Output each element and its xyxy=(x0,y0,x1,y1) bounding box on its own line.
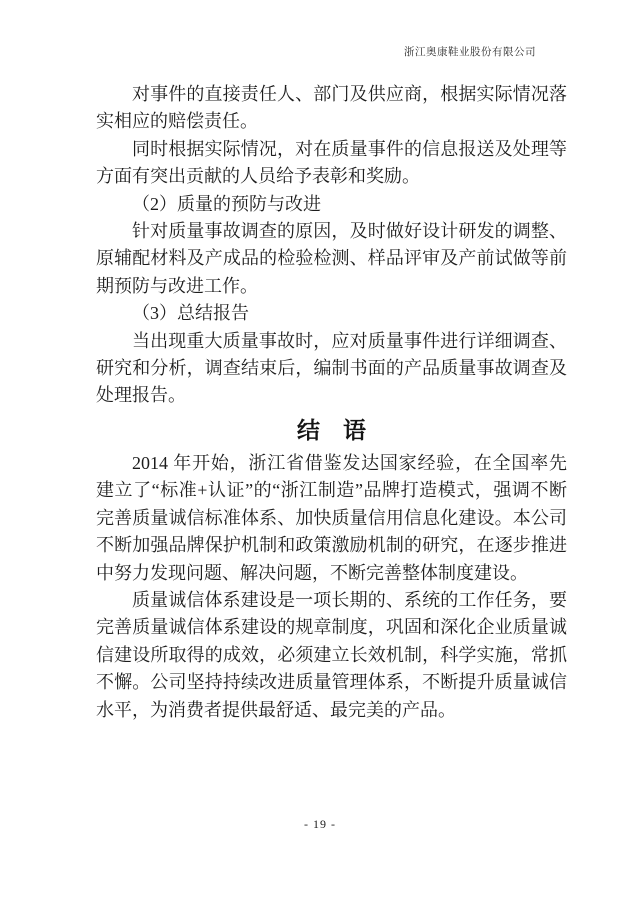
paragraph-zhejiang-model: 2014 年开始，浙江省借鉴发达国家经验，在全国率先建立了“标准+认证”的“浙江… xyxy=(96,450,567,587)
page-number: - 19 - xyxy=(0,817,640,832)
list-item-quality-prevention: （2）质量的预防与改进 xyxy=(96,191,567,218)
paragraph-integrity-system: 质量诚信体系建设是一项长期的、系统的工作任务，要完善质量诚信体系建设的规章制度，… xyxy=(96,587,567,724)
paragraph-incident-report: 当出现重大质量事故时，应对质量事件进行详细调查、研究和分析，调查结束后，编制书面… xyxy=(96,328,567,410)
paragraph-compensation: 对事件的直接责任人、部门及供应商，根据实际情况落实相应的赔偿责任。 xyxy=(96,81,567,136)
document-body: 对事件的直接责任人、部门及供应商，根据实际情况落实相应的赔偿责任。 同时根据实际… xyxy=(96,81,567,724)
paragraph-prevention-improvement: 针对质量事故调查的原因，及时做好设计研发的调整、原辅配材料及产成品的检验检测、样… xyxy=(96,218,567,300)
document-page: 浙江奥康鞋业股份有限公司 对事件的直接责任人、部门及供应商，根据实际情况落实相应… xyxy=(0,0,640,905)
list-item-summary-report: （3）总结报告 xyxy=(96,300,567,327)
paragraph-commendation: 同时根据实际情况，对在质量事件的信息报送及处理等方面有突出贡献的人员给予表彰和奖… xyxy=(96,136,567,191)
section-heading-conclusion: 结 语 xyxy=(96,410,567,450)
page-header-company-name: 浙江奥康鞋业股份有限公司 xyxy=(404,44,536,59)
